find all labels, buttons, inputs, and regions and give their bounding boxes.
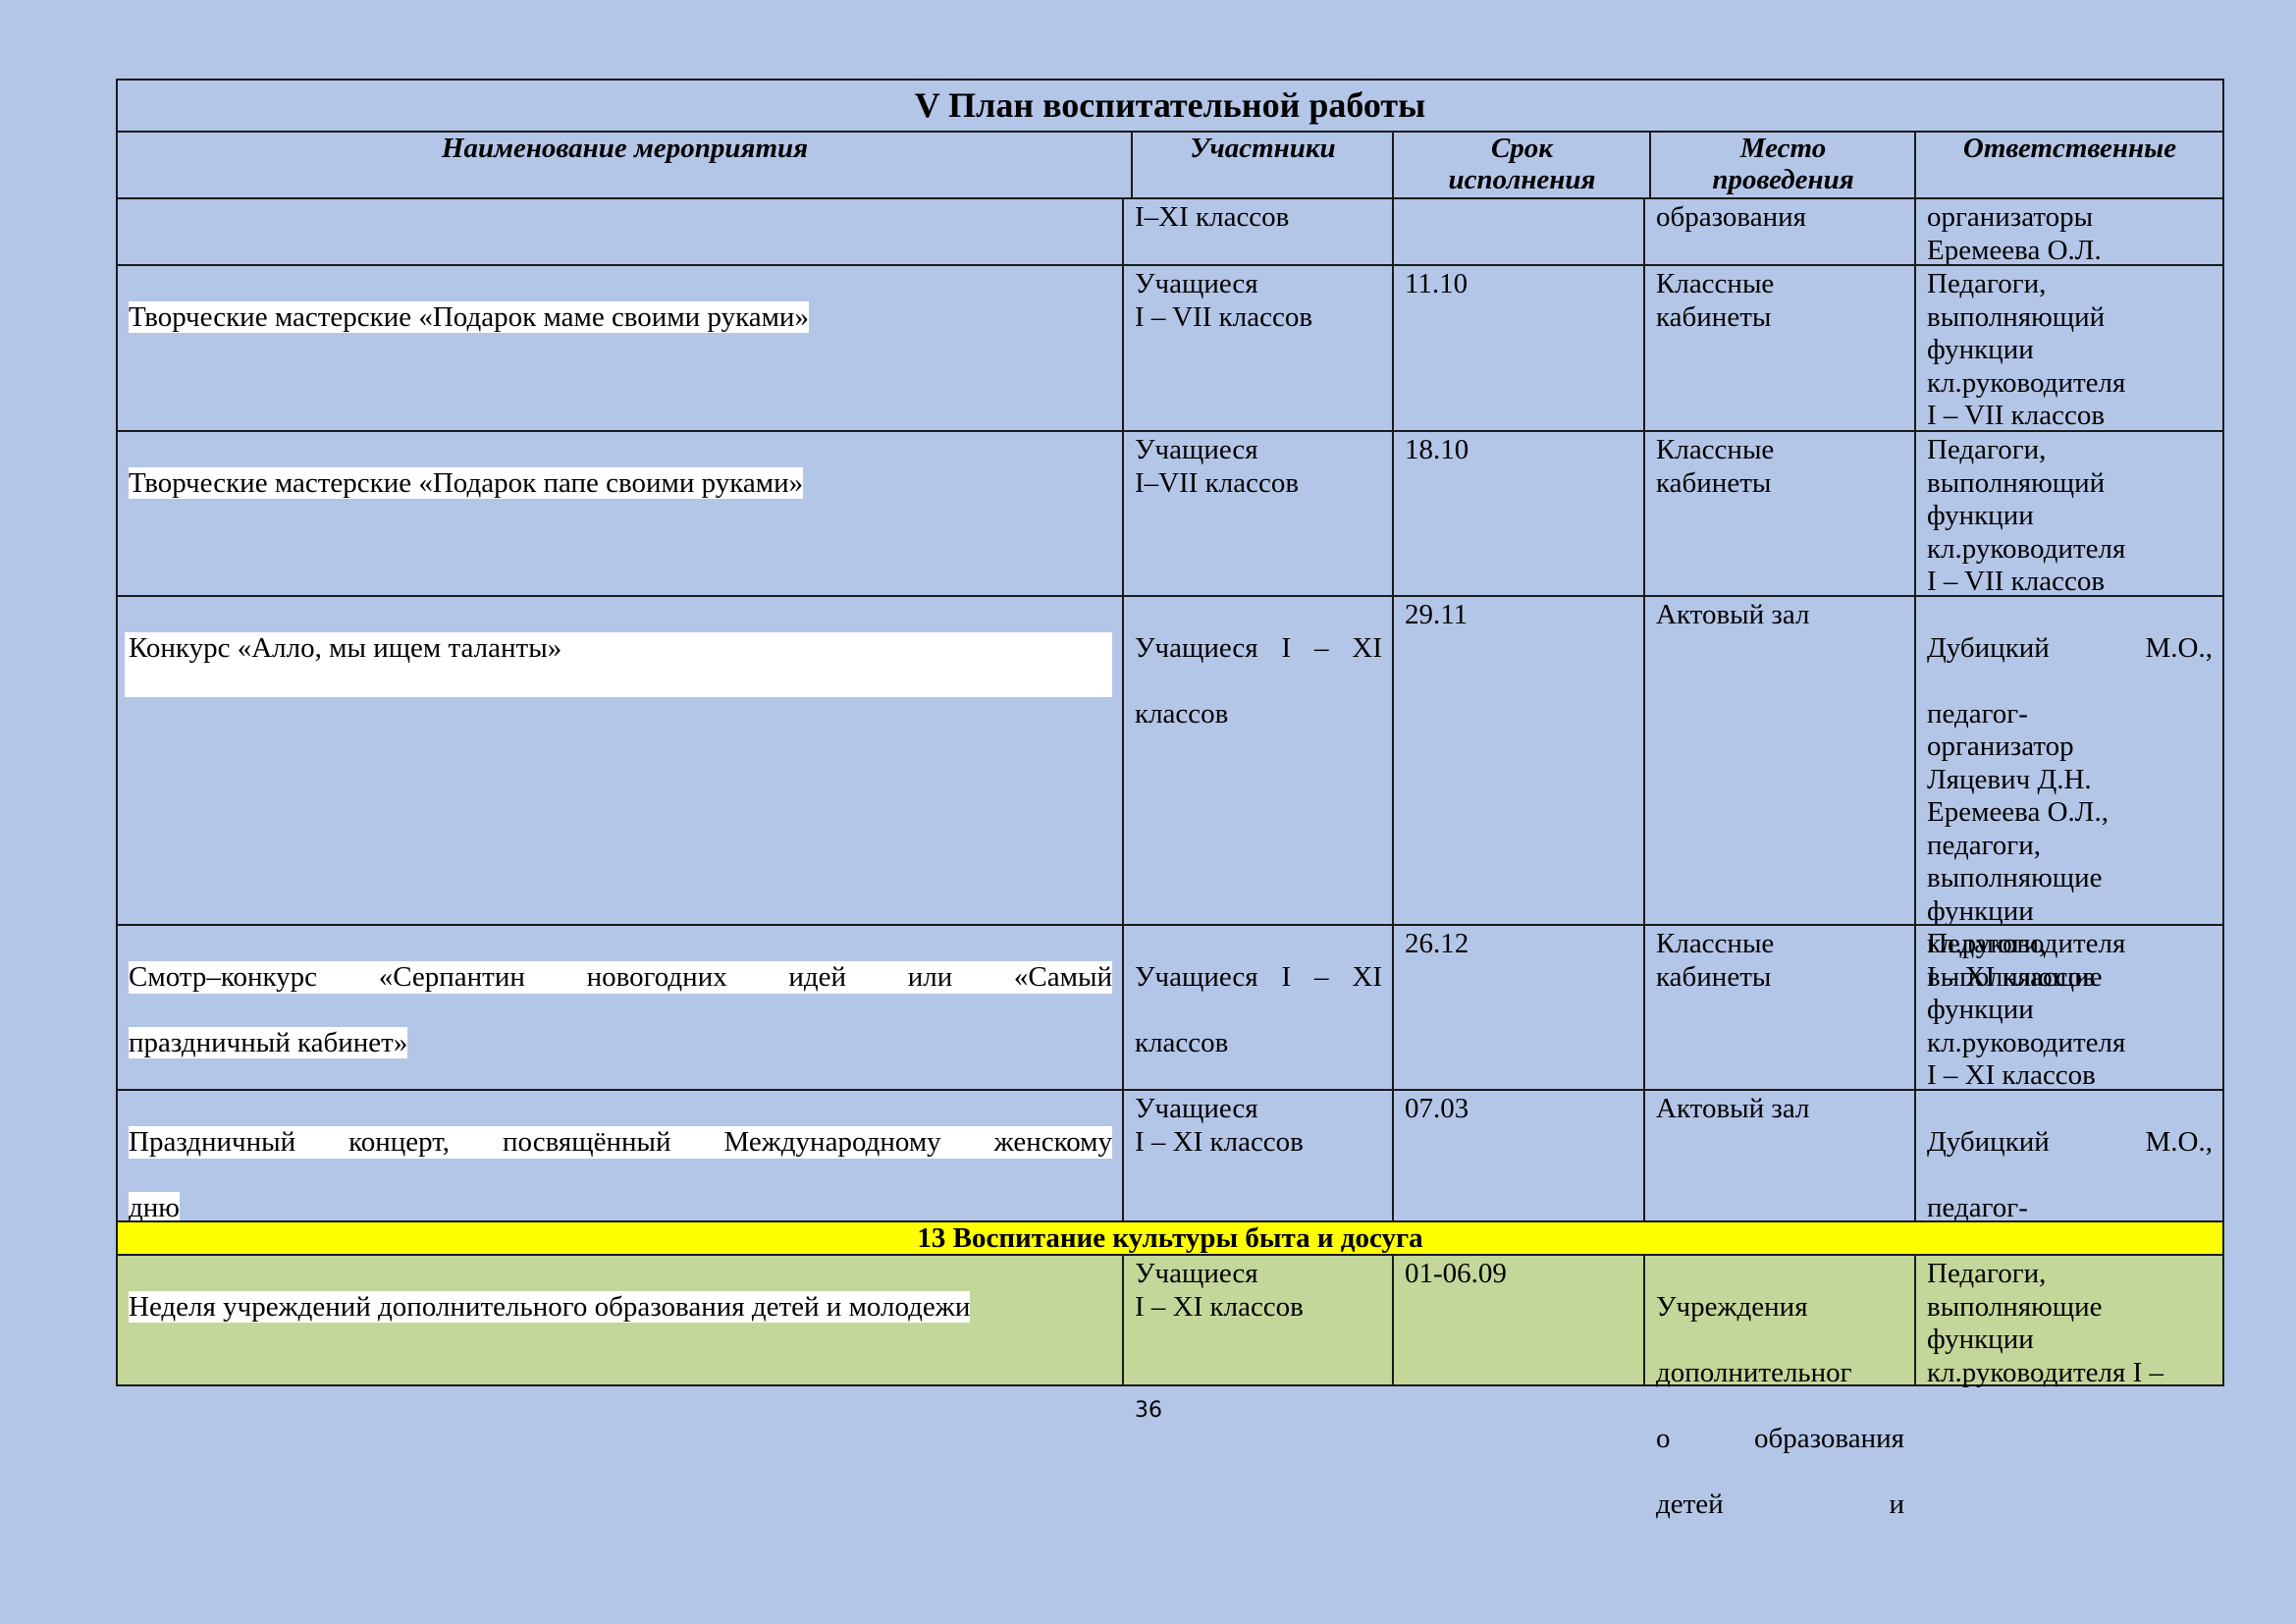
event-text-line-span: праздничный кабинет»	[129, 1027, 407, 1058]
header-participants: Участники	[1131, 133, 1392, 197]
event-text-line: праздничный кабинет»	[129, 1027, 1112, 1060]
participants-line: Учащиеся I – XI	[1135, 961, 1382, 995]
table-header-row: Наименование мероприятия Участники Срок …	[118, 131, 2222, 197]
event-cell: Праздничный концерт, посвящённый Междуна…	[118, 1091, 1122, 1220]
section-header-row: 13 Воспитание культуры быта и досуга	[118, 1220, 2222, 1254]
place-cell: Актовый зал	[1643, 1091, 1914, 1220]
header-place: Место проведения	[1649, 133, 1914, 197]
responsible-cell: Дубицкий М.О., педагог- организатор Ерем…	[1914, 1091, 2222, 1220]
responsible-cell: Педагоги, выполняющие функции кл.руковод…	[1914, 926, 2222, 1089]
place-line: дополнительног	[1656, 1357, 1904, 1390]
responsible-cell: организаторы Еремеева О.Л.	[1914, 199, 2222, 264]
place-line: о образования	[1656, 1423, 1904, 1456]
event-text: Творческие мастерские «Подарок папе свои…	[129, 467, 803, 499]
responsible-cell: Педагоги, выполняющий функции кл.руковод…	[1914, 432, 2222, 595]
place-line: детей и	[1656, 1489, 1904, 1522]
responsible-first-line: Дубицкий М.О.,	[1927, 632, 2213, 666]
header-responsible: Ответственные	[1914, 133, 2222, 197]
table-title-row: V План воспитательной работы	[118, 81, 2222, 131]
table-row: Праздничный концерт, посвящённый Междуна…	[118, 1089, 2222, 1220]
date-cell	[1392, 199, 1643, 264]
table-title: V План воспитательной работы	[118, 81, 2222, 130]
event-cell	[118, 199, 1122, 264]
event-text: Конкурс «Алло, мы ищем таланты»	[125, 632, 1112, 697]
date-cell: 01-06.09	[1392, 1256, 1643, 1384]
responsible-cell: Дубицкий М.О., педагог- организатор Ляце…	[1914, 597, 2222, 924]
responsible-initials: М.О.,	[2146, 632, 2213, 666]
place-cell: Учреждения дополнительног о образования …	[1643, 1256, 1914, 1384]
responsible-name: Дубицкий	[1927, 632, 2050, 666]
place-line: Учреждения	[1656, 1291, 1904, 1325]
place-cell: Классные кабинеты	[1643, 266, 1914, 430]
place-cell: образования	[1643, 199, 1914, 264]
date-cell: 26.12	[1392, 926, 1643, 1089]
event-text: Творческие мастерские «Подарок маме свои…	[129, 301, 809, 333]
event-cell: Творческие мастерские «Подарок папе свои…	[118, 432, 1122, 595]
event-cell: Смотр–конкурс «Серпантин новогодних идей…	[118, 926, 1122, 1089]
participants-cell: Учащиеся I – VII классов	[1122, 266, 1392, 430]
responsible-initials: М.О.,	[2146, 1126, 2213, 1160]
table-row: Творческие мастерские «Подарок маме свои…	[118, 264, 2222, 430]
event-text-line: Праздничный концерт, посвящённый Междуна…	[129, 1126, 1112, 1160]
header-deadline: Срок исполнения	[1392, 133, 1649, 197]
participants-line: классов	[1135, 698, 1382, 731]
section-title: 13 Воспитание культуры быта и досуга	[118, 1222, 2222, 1254]
table-row: Неделя учреждений дополнительного образо…	[118, 1254, 2222, 1384]
event-cell: Творческие мастерские «Подарок маме свои…	[118, 266, 1122, 430]
place-cell: Актовый зал	[1643, 597, 1914, 924]
table-row: I–XI классов образования организаторы Ер…	[118, 197, 2222, 264]
event-cell: Неделя учреждений дополнительного образо…	[118, 1256, 1122, 1384]
education-plan-table: V План воспитательной работы Наименовани…	[116, 79, 2224, 1386]
participants-cell: Учащиеся I – XI классов	[1122, 597, 1392, 924]
participants-line: Учащиеся I – XI	[1135, 632, 1382, 666]
event-text-line: Смотр–конкурс «Серпантин новогодних идей…	[129, 961, 1112, 995]
event-cell: Конкурс «Алло, мы ищем таланты»	[118, 597, 1122, 924]
participants-cell: Учащиеся I – XI классов	[1122, 1091, 1392, 1220]
responsible-name: Дубицкий	[1927, 1126, 2050, 1160]
header-event: Наименование мероприятия	[118, 133, 1131, 197]
date-cell: 07.03	[1392, 1091, 1643, 1220]
participants-cell: Учащиеся I – XI классов	[1122, 1256, 1392, 1384]
participants-cell: I–XI классов	[1122, 199, 1392, 264]
date-cell: 11.10	[1392, 266, 1643, 430]
date-cell: 18.10	[1392, 432, 1643, 595]
participants-cell: Учащиеся I – XI классов	[1122, 926, 1392, 1089]
event-text: Неделя учреждений дополнительного образо…	[129, 1291, 970, 1323]
table-row: Смотр–конкурс «Серпантин новогодних идей…	[118, 924, 2222, 1089]
event-text-line-span: дню	[129, 1192, 180, 1223]
responsible-first-line: Дубицкий М.О.,	[1927, 1126, 2213, 1160]
table-row: Конкурс «Алло, мы ищем таланты» Учащиеся…	[118, 595, 2222, 924]
place-cell: Классные кабинеты	[1643, 926, 1914, 1089]
responsible-cell: Педагоги, выполняющий функции кл.руковод…	[1914, 266, 2222, 430]
date-cell: 29.11	[1392, 597, 1643, 924]
responsible-cell: Педагоги, выполняющие функции кл.руковод…	[1914, 1256, 2222, 1384]
place-cell: Классные кабинеты	[1643, 432, 1914, 595]
page-number: 36	[1129, 1398, 1168, 1423]
participants-cell: Учащиеся I–VII классов	[1122, 432, 1392, 595]
table-row: Творческие мастерские «Подарок папе свои…	[118, 430, 2222, 595]
event-text-line: дню	[129, 1192, 1112, 1225]
participants-line: классов	[1135, 1027, 1382, 1060]
